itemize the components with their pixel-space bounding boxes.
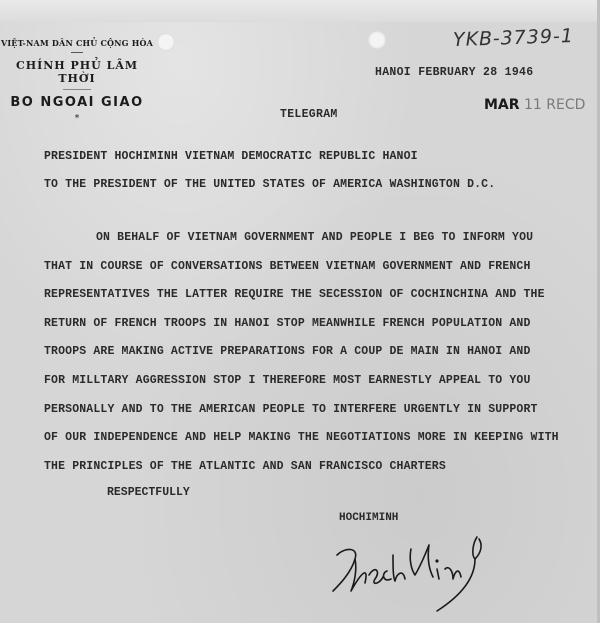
telegram-document: VIỆT-NAM DÂN CHỦ CỘNG HÒA CHÍNH PHỦ LÂM … — [0, 0, 600, 623]
message-body: ON BEHALF OF VIETNAM GOVERNMENT AND PEOP… — [44, 231, 600, 488]
letterhead-ministry: BO NGOAI GIAO — [0, 95, 154, 110]
paper-fold-edge — [0, 0, 600, 22]
closing: RESPECTFULLY — [107, 486, 190, 499]
divider — [63, 89, 91, 90]
body-line: THE PRINCIPLES OF THE ATLANTIC AND SAN F… — [44, 460, 600, 489]
star-icon: * — [0, 114, 154, 124]
signature-icon — [325, 525, 505, 615]
body-line: PERSONALLY AND TO THE AMERICAN PEOPLE TO… — [44, 403, 600, 432]
reference-number: YKB-3739-1 — [453, 25, 575, 51]
body-line: THAT IN COURSE OF CONVERSATIONS BETWEEN … — [44, 260, 600, 289]
body-line: TROOPS ARE MAKING ACTIVE PREPARATIONS FO… — [44, 345, 600, 374]
recipient-line: TO THE PRESIDENT OF THE UNITED STATES OF… — [44, 178, 495, 191]
body-line: ON BEHALF OF VIETNAM GOVERNMENT AND PEOP… — [44, 231, 600, 260]
body-line: OF OUR INDEPENDENCE AND HELP MAKING THE … — [44, 431, 600, 460]
signer-name: HOCHIMINH — [339, 512, 398, 524]
document-type: TELEGRAM — [280, 108, 338, 121]
dateline: HANOI FEBRUARY 28 1946 — [375, 66, 533, 79]
letterhead-country: VIỆT-NAM DÂN CHỦ CỘNG HÒA — [0, 38, 154, 48]
punch-hole — [368, 31, 386, 49]
stamp-day: 11 RECD — [524, 97, 585, 113]
body-line: REPRESENTATIVES THE LATTER REQUIRE THE S… — [44, 288, 600, 317]
received-stamp: MAR 11 RECD — [484, 97, 585, 113]
letterhead: VIỆT-NAM DÂN CHỦ CỘNG HÒA CHÍNH PHỦ LÂM … — [0, 38, 154, 124]
body-line: FOR MILLTARY AGGRESSION STOP I THEREFORE… — [44, 374, 600, 403]
punch-hole — [157, 33, 175, 51]
stamp-month: MAR — [484, 97, 520, 113]
body-line: RETURN OF FRENCH TROOPS IN HANOI STOP ME… — [44, 317, 600, 346]
letterhead-government: CHÍNH PHỦ LÂM THỜI — [0, 59, 154, 85]
sender-line: PRESIDENT HOCHIMINH VIETNAM DEMOCRATIC R… — [44, 150, 418, 163]
divider — [71, 52, 83, 53]
